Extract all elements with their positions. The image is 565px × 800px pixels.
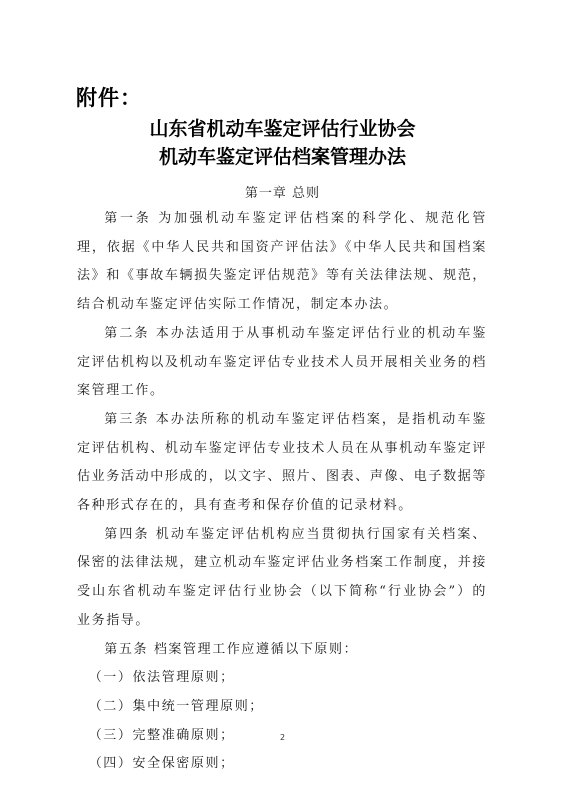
article-3: 第三条 本办法所称的机动车鉴定评估档案，是指机动车鉴定评估机构、机动车鉴定评估专… (77, 406, 487, 521)
document-body: 第一条 为加强机动车鉴定评估档案的科学化、规范化管理，依据《中华人民共和国资产评… (77, 205, 487, 779)
article-1: 第一条 为加强机动车鉴定评估档案的科学化、规范化管理，依据《中华人民共和国资产评… (77, 205, 487, 320)
article-4: 第四条 机动车鉴定评估机构应当贯彻执行国家有关档案、保密的法律法规，建立机动车鉴… (77, 521, 487, 636)
article-5: 第五条 档案管理工作应遵循以下原则： (77, 636, 487, 665)
page-number: 2 (0, 733, 565, 742)
document-title-line2: 机动车鉴定评估档案管理办法 (0, 142, 565, 169)
principle-item: （一）依法管理原则； (77, 664, 487, 693)
document-title-line1: 山东省机动车鉴定评估行业协会 (0, 114, 565, 141)
principle-item: （四）安全保密原则； (77, 750, 487, 779)
chapter-heading: 第一章 总则 (0, 182, 565, 201)
principle-item: （二）集中统一管理原则； (77, 693, 487, 722)
article-2: 第二条 本办法适用于从事机动车鉴定评估行业的机动车鉴定评估机构以及机动车鉴定评估… (77, 320, 487, 406)
attachment-label: 附件： (76, 82, 142, 112)
